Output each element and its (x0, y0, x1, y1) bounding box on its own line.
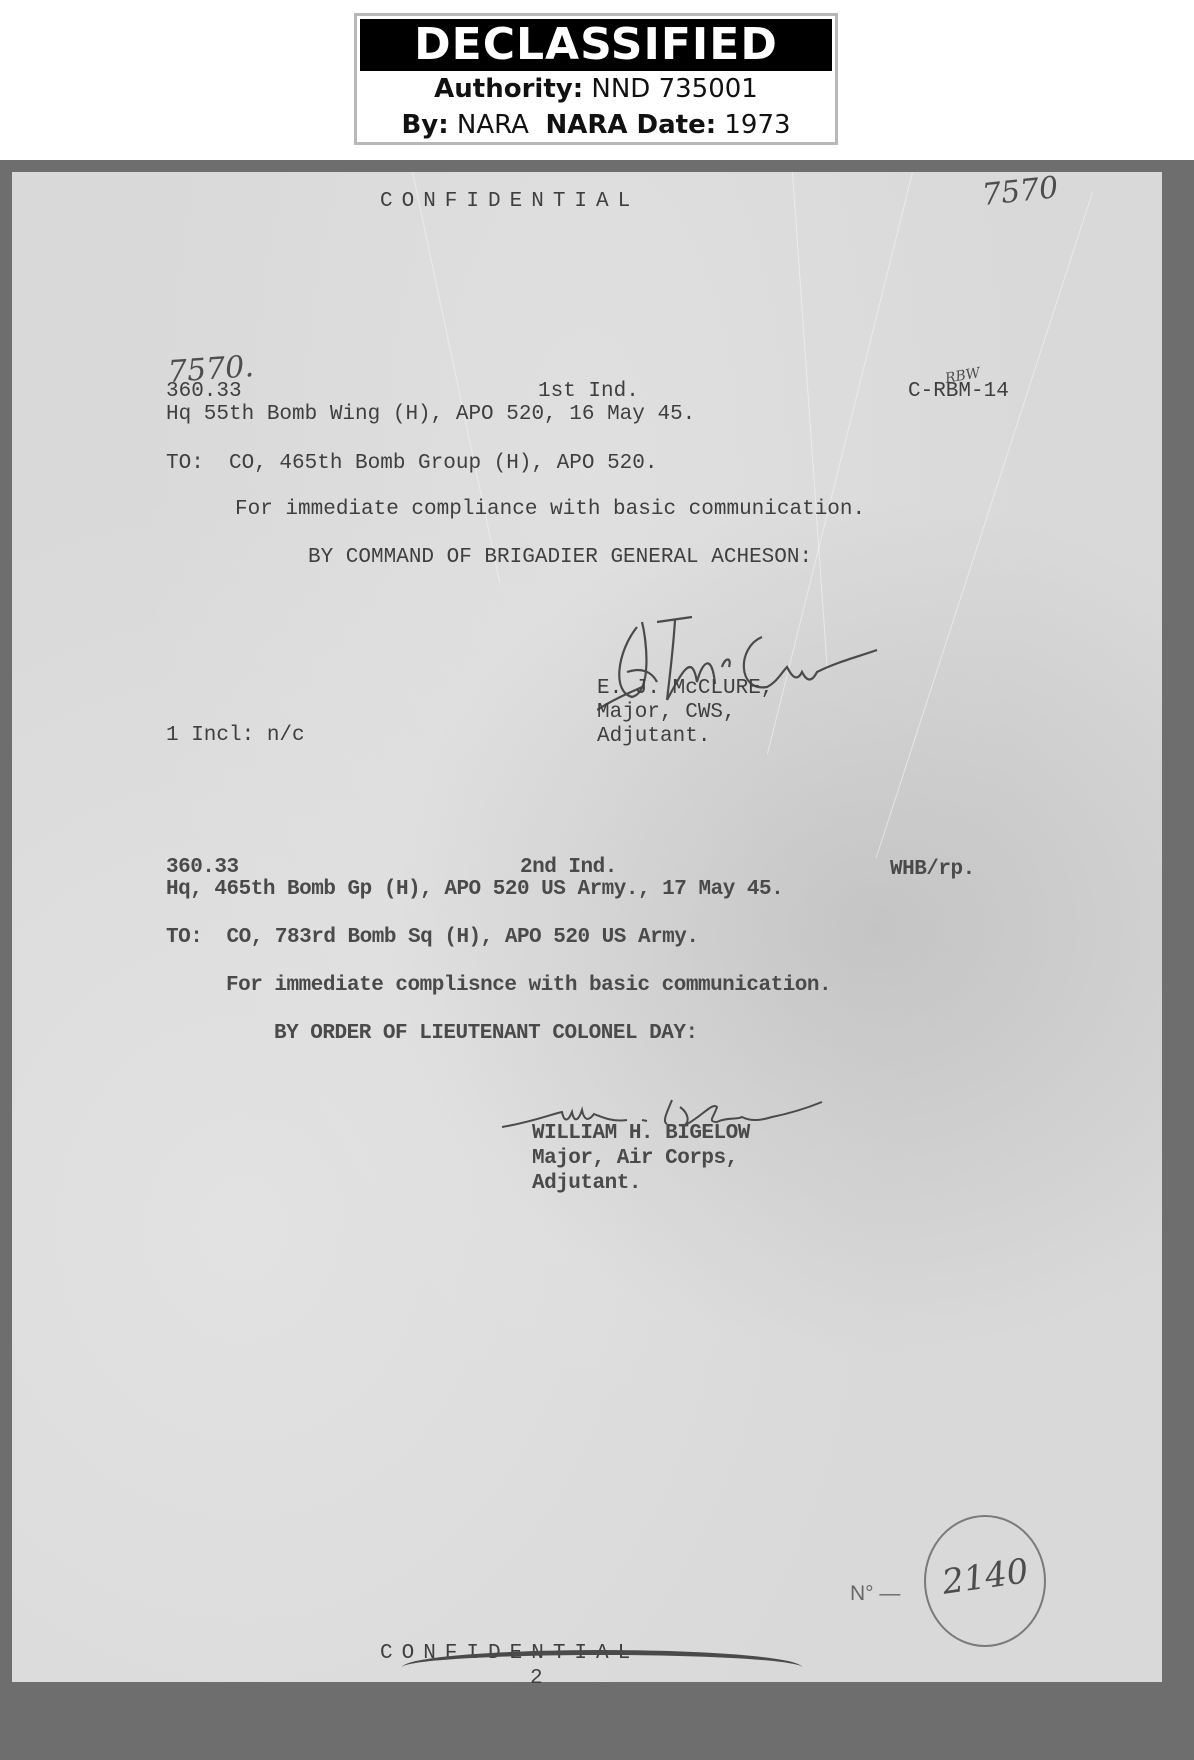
scratch-mark (792, 172, 828, 671)
first-ind-title: 1st Ind. (538, 380, 639, 404)
header-classification: CONFIDENTIAL (380, 190, 639, 214)
by-value: NARA (457, 110, 529, 140)
by-label: By: (401, 110, 448, 140)
authority-line: Authority: NND 735001 (357, 71, 835, 107)
second-ind-signatory-title: Adjutant. (532, 1172, 641, 1196)
page-number: 2 (530, 1667, 543, 1691)
second-ind-body: For immediate complisnce with basic comm… (226, 974, 831, 998)
scan-frame: CONFIDENTIAL 7570 7570. 360.33 1st Ind. … (0, 160, 1194, 1760)
second-ind-file-number: 360.33 (166, 856, 239, 880)
authority-label: Authority: (434, 74, 583, 104)
first-ind-signatory-name: E. J. McCLURE, (597, 677, 773, 701)
second-ind-to: TO: CO, 783rd Bomb Sq (H), APO 520 US Ar… (166, 926, 699, 950)
date-label: NARA Date: (545, 110, 716, 140)
first-ind-enclosure: 1 Incl: n/c (166, 724, 305, 748)
first-ind-signatory-title: Adjutant. (597, 725, 710, 749)
by-line: By: NARA NARA Date: 1973 (357, 107, 835, 143)
first-ind-reference: C-RBM-14 (908, 380, 1009, 404)
date-value: 1973 (724, 110, 790, 140)
first-ind-body: For immediate compliance with basic comm… (235, 498, 865, 522)
authority-value: NND 735001 (591, 74, 757, 104)
second-ind-origin: Hq, 465th Bomb Gp (H), APO 520 US Army.,… (166, 878, 783, 902)
declassified-stamp: DECLASSIFIED Authority: NND 735001 By: N… (354, 13, 838, 145)
top-right-handwritten-number: 7570 (980, 170, 1060, 213)
scratch-mark (876, 192, 1093, 858)
second-ind-reference: WHB/rp. (890, 858, 975, 882)
second-ind-title: 2nd Ind. (520, 856, 617, 880)
second-ind-signatory-rank: Major, Air Corps, (532, 1147, 738, 1171)
document-page: CONFIDENTIAL 7570 7570. 360.33 1st Ind. … (12, 172, 1162, 1682)
first-ind-signatory-rank: Major, CWS, (597, 701, 736, 725)
declassified-title: DECLASSIFIED (360, 19, 832, 71)
number-stamp-label: N° — (850, 1582, 900, 1606)
second-ind-signatory-name: WILLIAM H. BIGELOW (532, 1122, 750, 1146)
first-ind-to: TO: CO, 465th Bomb Group (H), APO 520. (166, 452, 657, 476)
classification-strikethrough (402, 1650, 802, 1685)
second-ind-authority-line: BY ORDER OF LIEUTENANT COLONEL DAY: (274, 1022, 698, 1046)
first-ind-authority-line: BY COMMAND OF BRIGADIER GENERAL ACHESON: (308, 546, 812, 570)
first-ind-file-number: 360.33 (166, 380, 242, 404)
first-ind-origin: Hq 55th Bomb Wing (H), APO 520, 16 May 4… (166, 403, 695, 427)
